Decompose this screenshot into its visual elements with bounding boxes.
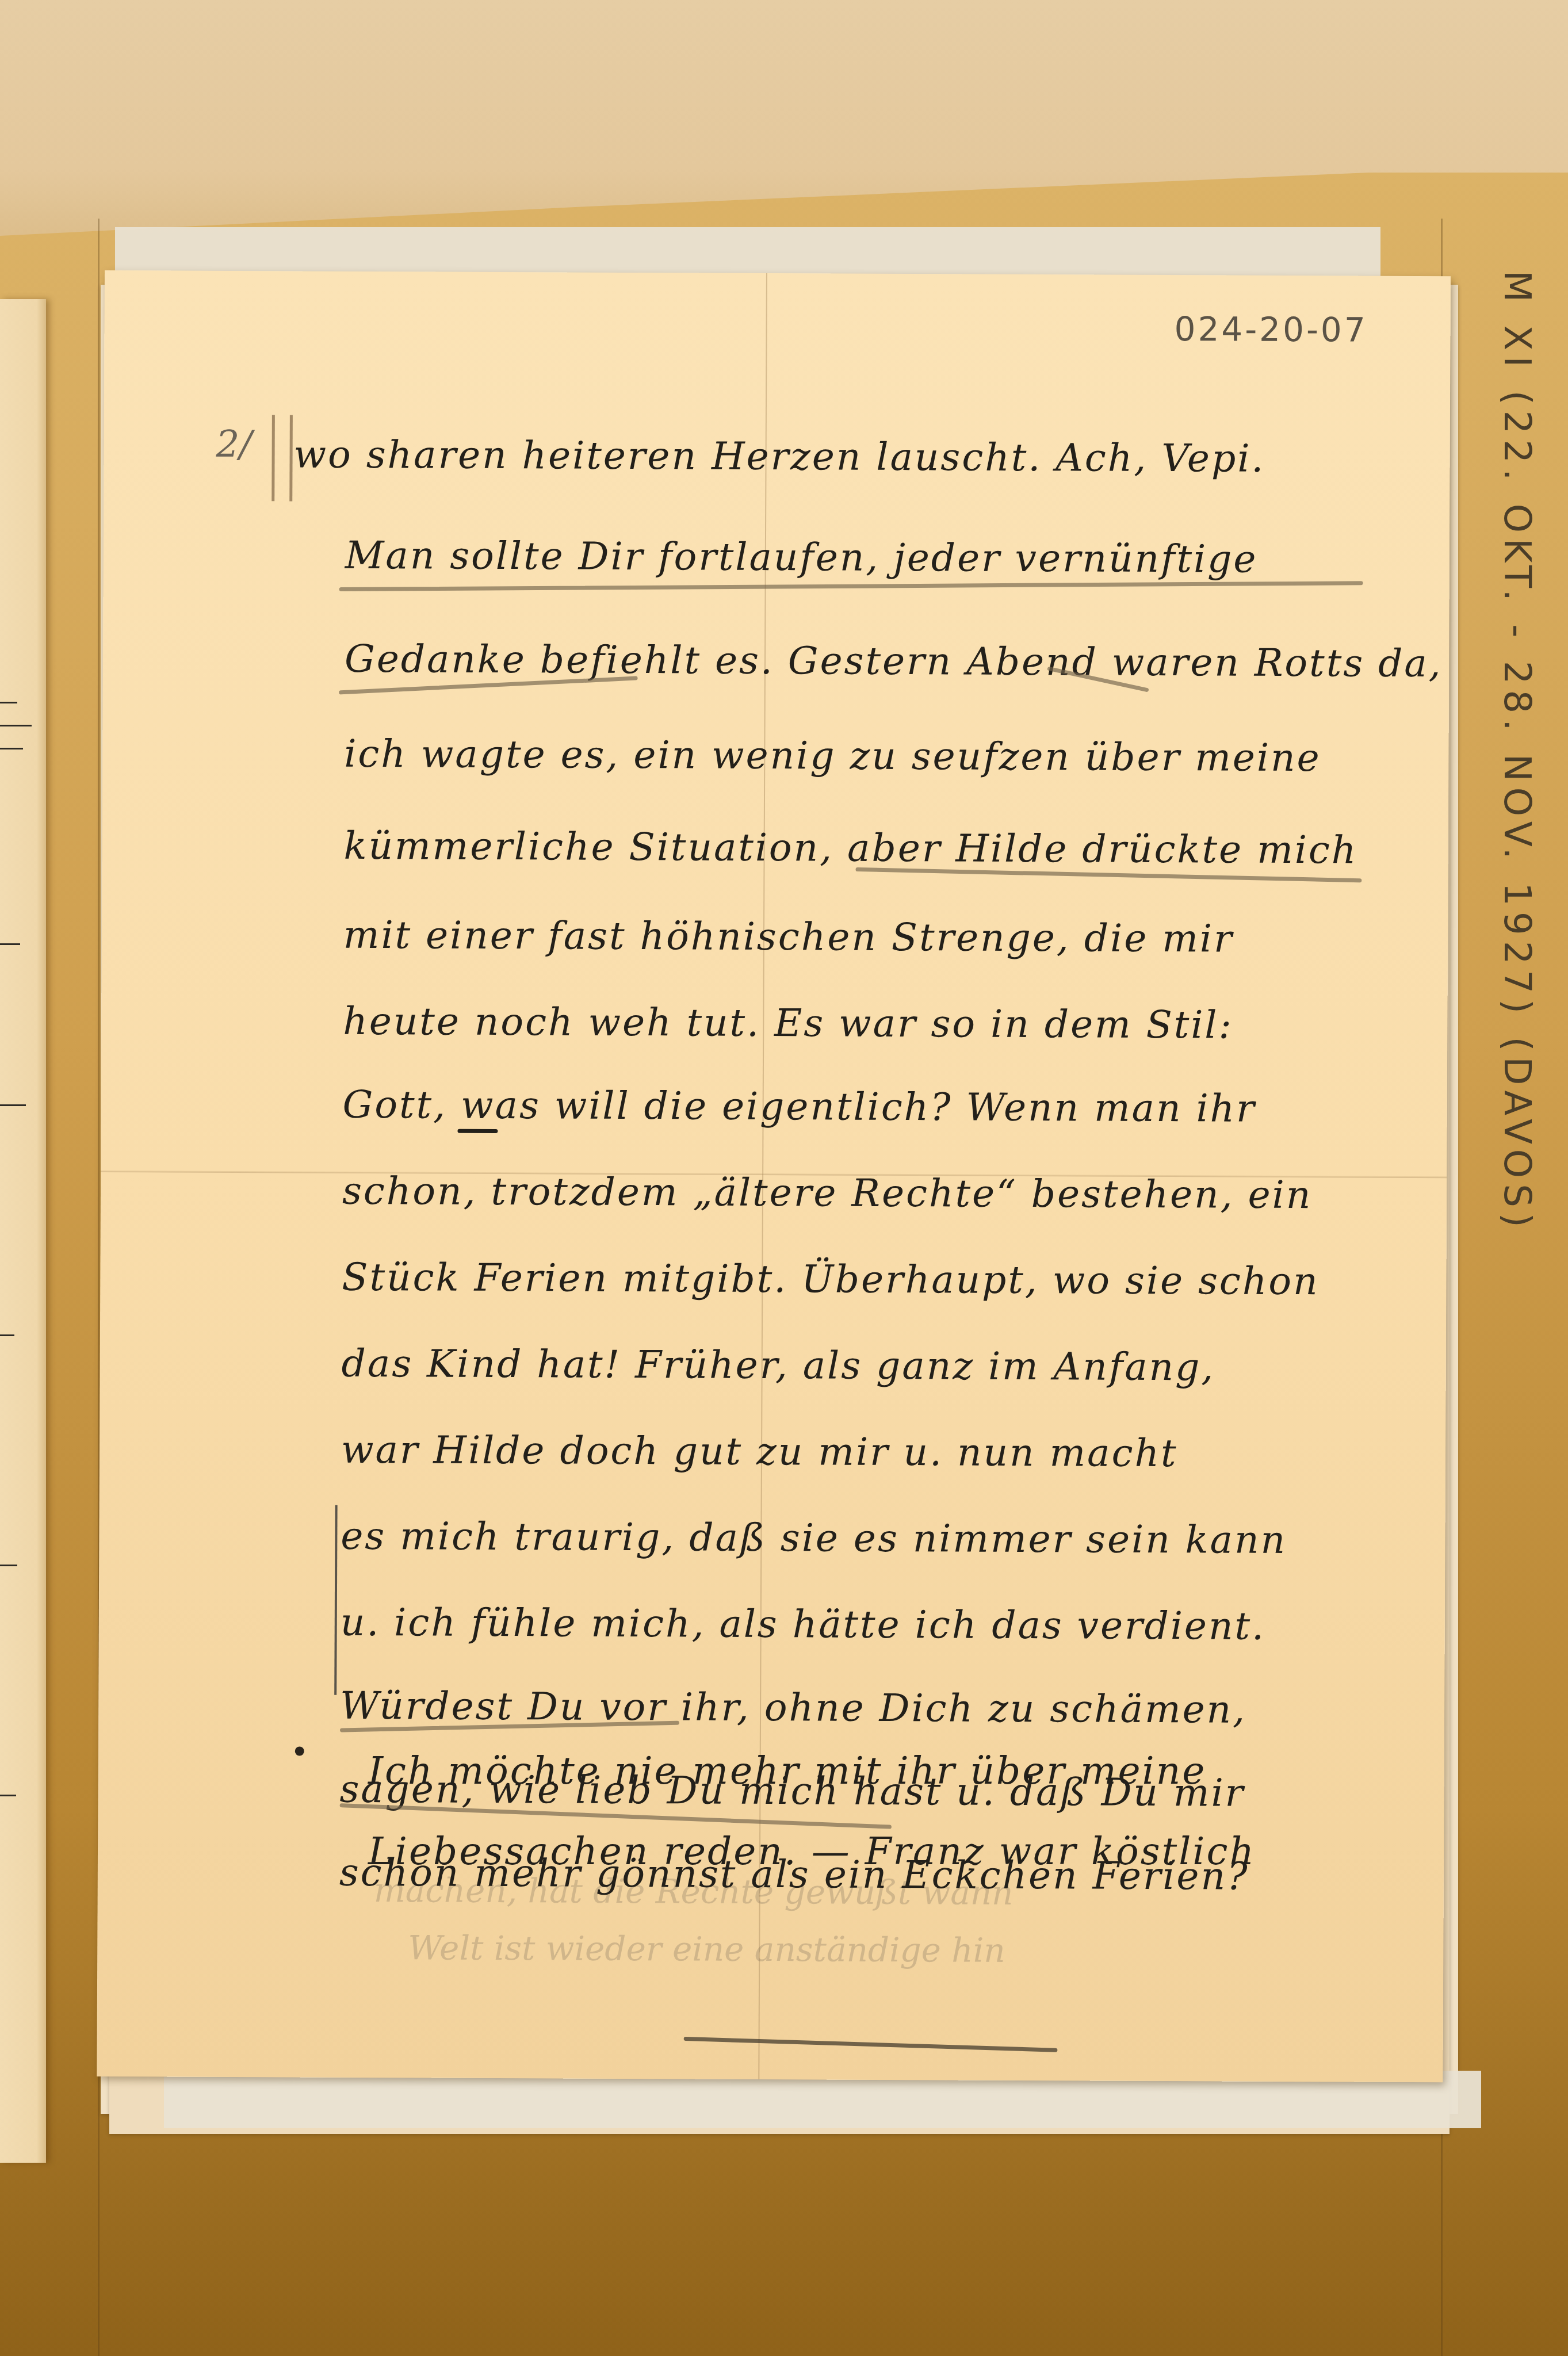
ink-stroke [0, 725, 32, 726]
letter-line: heute noch weh tut. Es war so in dem Sti… [343, 999, 1407, 1048]
letter-line: es mich traurig, daß sie es nimmer sein … [341, 1514, 1405, 1563]
letter-line: das Kind hat! Früher, als ganz im Anfang… [342, 1341, 1406, 1390]
ink-stroke [0, 943, 20, 945]
ink-stroke [0, 1334, 14, 1336]
ink-stroke [0, 1795, 16, 1796]
ink-underline [457, 1129, 498, 1133]
ink-stroke [0, 748, 23, 749]
letter-line: Gott, was will die eigentlich? Wenn man … [343, 1083, 1407, 1131]
letter-body: wo sharen heiteren Herzen lauscht. Ach, … [97, 270, 1451, 2082]
folder-annotation: M XI (22. OKT. - 28. NOV. 1927) (DAVOS) [1496, 270, 1538, 1233]
letter-line: ich wagte es, ein wenig zu seufzen über … [344, 732, 1408, 781]
letter-page: 024-20-07 2/ machen, hat die Rechte gewu… [97, 270, 1451, 2082]
letter-line: Gedanke befiehlt es. Gestern Abend waren… [345, 637, 1409, 686]
letter-line: mit einer fast höhnischen Strenge, die m… [343, 913, 1408, 962]
ink-stroke [0, 702, 17, 703]
letter-line: wo sharen heiteren Herzen lauscht. Ach, … [293, 432, 1357, 481]
letter-line: u. ich fühle mich, als hätte ich das ver… [341, 1600, 1405, 1649]
letter-line: schon, trotzdem „ältere Rechte“ bestehen… [342, 1169, 1406, 1218]
letter-line: war Hilde doch gut zu mir u. nun macht [341, 1428, 1405, 1477]
adjacent-page-stack [0, 299, 46, 2163]
ink-stroke [0, 1565, 17, 1566]
letter-line: Stück Ferien mitgibt. Überhaupt, wo sie … [342, 1255, 1406, 1304]
letter-line: Liebessachen reden. — Franz war köstlich [368, 1829, 1432, 1873]
ink-stroke [0, 1104, 26, 1106]
letter-line: Ich möchte nie mehr mit ihr über meine [368, 1749, 1432, 1793]
letter-line: Man sollte Dir fortlaufen, jeder vernünf… [345, 533, 1409, 582]
letter-line: kümmerliche Situation, aber Hilde drückt… [343, 824, 1408, 873]
